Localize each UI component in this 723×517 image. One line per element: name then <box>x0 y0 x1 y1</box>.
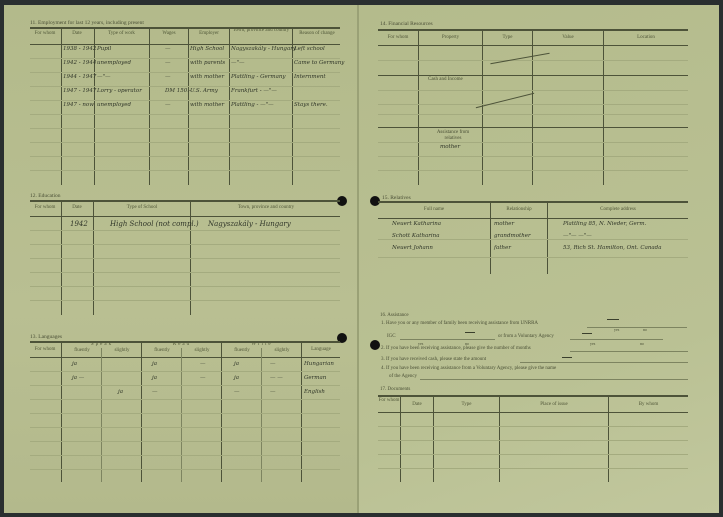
punch-hole <box>370 340 380 350</box>
rule-line <box>261 348 262 482</box>
rule-line <box>378 412 688 413</box>
employment-wages: DM 150.- <box>165 88 191 94</box>
relative-address: 53, Rich St. Hamilton, Ont. Canada <box>563 245 661 251</box>
col-header: Full name <box>378 207 490 213</box>
relative-relationship: father <box>494 245 511 251</box>
rule-line <box>30 286 340 287</box>
col-header: Wages <box>150 31 188 37</box>
col-header: Relationship <box>491 207 547 213</box>
employment-date: 1938 - 1942 <box>63 46 96 52</box>
assistance-q2: 2. If you have been receiving assistance… <box>381 346 531 351</box>
rule-line <box>30 300 340 301</box>
employment-type: unemployed <box>97 60 131 66</box>
col-header: Place of issue <box>500 402 608 408</box>
rule-line <box>378 29 688 31</box>
assistance-label: Assistance from relatives <box>430 130 476 142</box>
relative-relationship: grandmother <box>494 233 531 239</box>
assistance-q1: 1. Have you or any member of family been… <box>381 321 538 326</box>
relative-name: Schott Katharina <box>392 233 440 239</box>
rule-line <box>420 379 688 380</box>
rule-line <box>61 28 62 185</box>
rule-line <box>30 27 340 29</box>
rule-line <box>378 142 688 143</box>
employment-date: 1947 - now <box>63 102 94 108</box>
education-title: 12. Education <box>30 193 61 199</box>
rule-line <box>378 170 688 171</box>
col-header: For whom <box>30 205 60 211</box>
rule-line <box>490 202 491 274</box>
rule-line <box>30 128 340 129</box>
col-header: For whom <box>378 35 418 41</box>
language-read-f: ja <box>152 375 157 381</box>
languages-title: 13. Languages <box>30 334 62 340</box>
rule-line <box>562 357 572 358</box>
rule-line <box>400 396 401 482</box>
language-write-f: ja <box>234 375 239 381</box>
rule-line <box>547 202 548 274</box>
employment-town: Plattling - —"— <box>231 102 274 108</box>
relative-relationship: mother <box>494 221 514 227</box>
rule-line <box>433 396 434 482</box>
assistance-title: 16. Assistance <box>380 313 409 318</box>
employment-town: Nagyszakály - Hungary <box>231 46 296 52</box>
employment-date: 1947 - 1947 <box>63 88 96 94</box>
rule-line <box>188 28 189 185</box>
education-town: Nagyszakály - Hungary <box>208 220 291 228</box>
employment-employer: High School <box>190 46 224 52</box>
employment-type: unemployed <box>97 102 131 108</box>
page-fold <box>357 5 359 513</box>
col-header: Employer <box>189 31 229 37</box>
rule-line <box>181 348 182 482</box>
rule-line <box>465 332 475 333</box>
rule-line <box>378 454 688 455</box>
rule-line <box>378 45 688 46</box>
employment-employer: U.S. Army <box>190 88 218 94</box>
documents-title: 17. Documents <box>380 387 410 392</box>
employment-wages: — <box>165 46 171 52</box>
employment-town: —"— <box>231 60 245 66</box>
rule-line <box>378 127 688 128</box>
col-header: Language <box>302 347 340 353</box>
rule-line <box>608 396 609 482</box>
language-language: Hungarian <box>304 361 334 367</box>
relative-name: Neuert Johann <box>392 245 433 251</box>
relative-name: Neuert Katharina <box>392 221 441 227</box>
rule-line <box>30 399 340 400</box>
rule-line <box>30 114 340 115</box>
rule-line <box>30 455 340 456</box>
col-header: Complete address <box>548 207 688 213</box>
rule-line <box>61 342 62 482</box>
rule-line <box>30 156 340 157</box>
rule-line <box>378 440 688 441</box>
language-read-s: — <box>200 375 206 381</box>
employment-type: Lorry - operator <box>97 88 142 94</box>
rule-line <box>378 201 688 203</box>
col-header: Property <box>419 35 482 41</box>
rule-line <box>30 469 340 470</box>
assistance-q3: 3. If you have received cash, please sta… <box>381 357 486 362</box>
rule-line <box>301 342 302 482</box>
col-header: For whom <box>378 398 400 404</box>
relative-address: Plattling 85, N. Nieder, Germ. <box>563 221 646 227</box>
col-header: Type of work <box>94 31 149 37</box>
col-header: By whom <box>609 402 688 408</box>
language-write-s: — <box>270 361 276 367</box>
employment-date: 1942 - 1944 <box>63 60 96 66</box>
rule-line <box>378 60 688 61</box>
employment-town: Frankfurt - —"— <box>231 88 277 94</box>
employment-reason: Stays there. <box>294 102 328 108</box>
rule-line <box>499 396 500 482</box>
rule-line <box>378 104 688 105</box>
education-type: High School (not compl.) <box>110 220 199 228</box>
rule-line <box>30 200 340 202</box>
employment-reason: Came to Germany <box>294 60 344 66</box>
col-header: Town, province and country <box>191 205 341 211</box>
rule-line <box>30 142 340 143</box>
rule-line <box>532 30 533 185</box>
employment-employer: with mother <box>190 102 224 108</box>
rule-line <box>30 258 340 259</box>
rule-line <box>603 30 604 185</box>
col-header: For whom <box>30 31 60 37</box>
employment-town: Plattling - Germany <box>231 74 286 80</box>
language-language: English <box>304 389 325 395</box>
employment-title: 11. Employment for last 12 years, includ… <box>30 20 144 26</box>
employment-wages: — <box>165 60 171 66</box>
cash-income-label: Cash and Income <box>428 77 463 82</box>
relative-address: —"— —"— <box>563 233 592 239</box>
col-header: Reason of change <box>293 31 341 37</box>
employment-reason: Internment <box>294 74 326 80</box>
rule-line <box>570 351 688 352</box>
rule-line <box>520 362 688 363</box>
rule-line <box>378 426 688 427</box>
rule-line <box>378 218 688 219</box>
rule-line <box>30 413 340 414</box>
rule-line <box>221 342 222 482</box>
rule-line <box>30 427 340 428</box>
col-header: Town, province and country <box>230 28 292 34</box>
language-write-f: ja <box>234 361 239 367</box>
right-page <box>358 5 719 513</box>
rule-line <box>30 170 340 171</box>
col-header: Type <box>434 402 499 408</box>
rule-line <box>378 90 688 91</box>
rule-line <box>378 239 688 240</box>
rule-line <box>149 28 150 185</box>
assistance-q4: 4. If you have been receiving assistance… <box>381 366 556 371</box>
rule-line <box>482 30 483 185</box>
rule-line <box>30 385 340 386</box>
col-header: Date <box>401 402 433 408</box>
col-header: Date <box>61 205 93 211</box>
language-write-s: — <box>270 389 276 395</box>
language-write-f: — <box>234 389 240 395</box>
rule-line <box>570 339 663 340</box>
language-write-s: — — <box>270 375 283 381</box>
rule-line <box>587 327 687 328</box>
rule-line <box>30 58 340 59</box>
col-header: Type <box>483 35 532 41</box>
rule-line <box>378 468 688 469</box>
rule-line <box>30 272 340 273</box>
col-header: Date <box>61 31 93 37</box>
rule-line <box>607 319 619 320</box>
employment-wages: — <box>165 74 171 80</box>
rule-line <box>30 441 340 442</box>
rule-line <box>30 86 340 87</box>
rule-line <box>30 72 340 73</box>
language-speak-f: ja <box>72 361 77 367</box>
rule-line <box>378 257 688 258</box>
col-header: For whom <box>30 347 60 353</box>
rule-line <box>30 100 340 101</box>
language-speak-s: ja <box>118 389 123 395</box>
language-read-f: ja <box>152 361 157 367</box>
financial-title: 14. Financial Resources <box>380 21 433 27</box>
language-language: German <box>304 375 326 381</box>
rule-line <box>30 230 340 231</box>
language-read-s: — <box>200 361 206 367</box>
employment-employer: with parents <box>190 60 225 66</box>
language-speak-f: ja — <box>72 375 84 381</box>
assistance-value: mother <box>440 144 460 150</box>
rule-line <box>378 156 688 157</box>
rule-line <box>30 244 340 245</box>
language-read-f: — <box>152 389 158 395</box>
employment-type: Pupil <box>97 46 111 52</box>
rule-line <box>141 342 142 482</box>
rule-line <box>30 216 340 217</box>
employment-type: —"— <box>97 74 111 80</box>
employment-employer: with mother <box>190 74 224 80</box>
rule-line <box>229 28 230 185</box>
rule-line <box>30 44 340 45</box>
education-date: 1942 <box>70 220 88 228</box>
rule-line <box>378 395 688 397</box>
rule-line <box>378 114 688 115</box>
rule-line <box>30 371 340 372</box>
col-header: Location <box>604 35 688 41</box>
rule-line <box>378 75 688 76</box>
col-header: Type of School <box>94 205 190 211</box>
rule-line <box>30 357 340 358</box>
rule-line <box>418 30 419 185</box>
employment-wages: — <box>165 102 171 108</box>
rule-line <box>582 333 592 334</box>
rule-line <box>400 339 495 340</box>
rule-line <box>101 348 102 482</box>
employment-reason: Left school <box>294 46 325 52</box>
employment-date: 1944 - 1947 <box>63 74 96 80</box>
col-header: Value <box>533 35 603 41</box>
